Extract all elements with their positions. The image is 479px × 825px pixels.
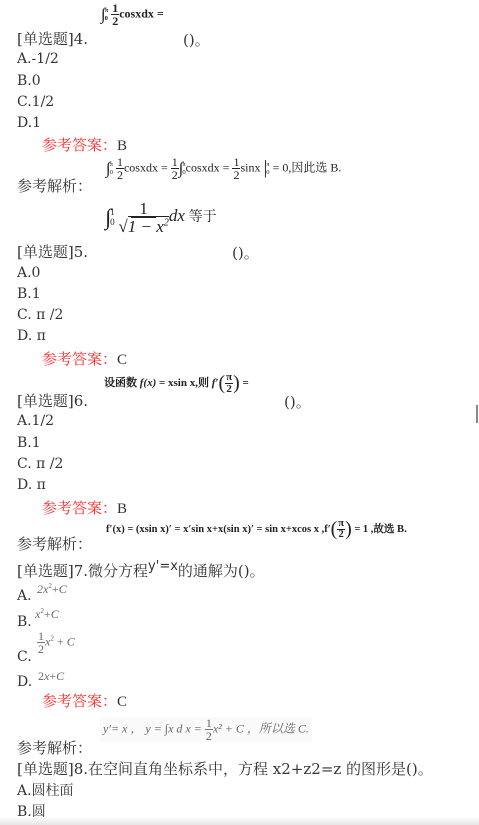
edge-artifact <box>476 405 478 423</box>
q8-option-a[interactable]: A.圆柱面 <box>17 780 74 800</box>
q7-header: [单选题]7.微分方程y'=x的通解为()。 <box>17 560 265 581</box>
q5-option-d[interactable]: D. π <box>17 328 46 344</box>
q4-analysis-label: 参考解析： <box>17 175 92 196</box>
q6-header: [单选题]6. <box>17 390 88 411</box>
q6-option-d[interactable]: D. π <box>17 477 46 493</box>
q5-option-c[interactable]: C. π /2 <box>17 307 63 323</box>
q7-option-c-letter[interactable]: C. <box>17 649 32 665</box>
q6-analysis-label: 参考解析： <box>17 533 92 554</box>
q4-option-d[interactable]: D.1 <box>17 115 41 131</box>
q7-option-d-letter[interactable]: D. <box>17 674 32 690</box>
q7-option-a-letter[interactable]: A. <box>17 588 32 604</box>
q4-stem-formula: ∫π0 12cosxdx = <box>101 2 164 27</box>
q7-option-d-formula[interactable]: 2x+C <box>38 669 64 684</box>
q7-analysis-formula: y′= x ， y = ∫x d x = 12x² + C ，所以选 C. <box>100 717 312 742</box>
q7-analysis-label: 参考解析： <box>17 737 92 758</box>
q6-stem-formula: 设函数 f(x) = xsin x,则 f′(π2) = <box>104 372 249 395</box>
q7-option-b-formula[interactable]: x2+C <box>35 607 59 622</box>
q4-answer: 参考答案：B <box>42 134 127 155</box>
q7-option-b-letter[interactable]: B. <box>17 614 32 630</box>
q6-stem-suffix: ()。 <box>284 391 311 412</box>
q5-option-a[interactable]: A.0 <box>17 265 40 281</box>
q5-stem-formula: ∫10 1√1 − x2dx 等于 <box>105 200 217 235</box>
q5-header: [单选题]5. <box>17 241 88 262</box>
q4-option-b[interactable]: B.0 <box>17 73 41 89</box>
q6-option-c[interactable]: C. π /2 <box>17 456 63 472</box>
q6-option-b[interactable]: B.1 <box>17 435 41 451</box>
q7-option-c-formula[interactable]: 12x2 + C <box>37 630 75 655</box>
q7-answer: 参考答案：C <box>42 690 127 711</box>
q6-answer: 参考答案：B <box>42 497 127 518</box>
q7-option-a-formula[interactable]: 2x2+C <box>37 582 67 597</box>
q5-stem-suffix: ()。 <box>232 242 259 263</box>
q6-analysis-formula: f′(x) = (xsin x)′ = x′sin x+x(sin x)′ = … <box>106 518 407 541</box>
bottom-shadow <box>0 817 479 825</box>
q4-analysis-formula: ∫π0 12cosxdx = 12∫π0cosxdx = 12sinx |π0 … <box>106 156 341 181</box>
q5-answer: 参考答案：C <box>42 348 127 369</box>
q4-option-a[interactable]: A.-1/2 <box>17 51 59 67</box>
q4-option-c[interactable]: C.1/2 <box>17 94 54 110</box>
q4-stem-suffix: ()。 <box>183 29 210 50</box>
q5-option-b[interactable]: B.1 <box>17 286 41 302</box>
q8-header: [单选题]8.在空间直角坐标系中，方程 x2+z2=z 的图形是()。 <box>17 758 433 779</box>
q6-option-a[interactable]: A.1/2 <box>17 413 54 429</box>
q4-header: [单选题]4. <box>17 28 88 49</box>
